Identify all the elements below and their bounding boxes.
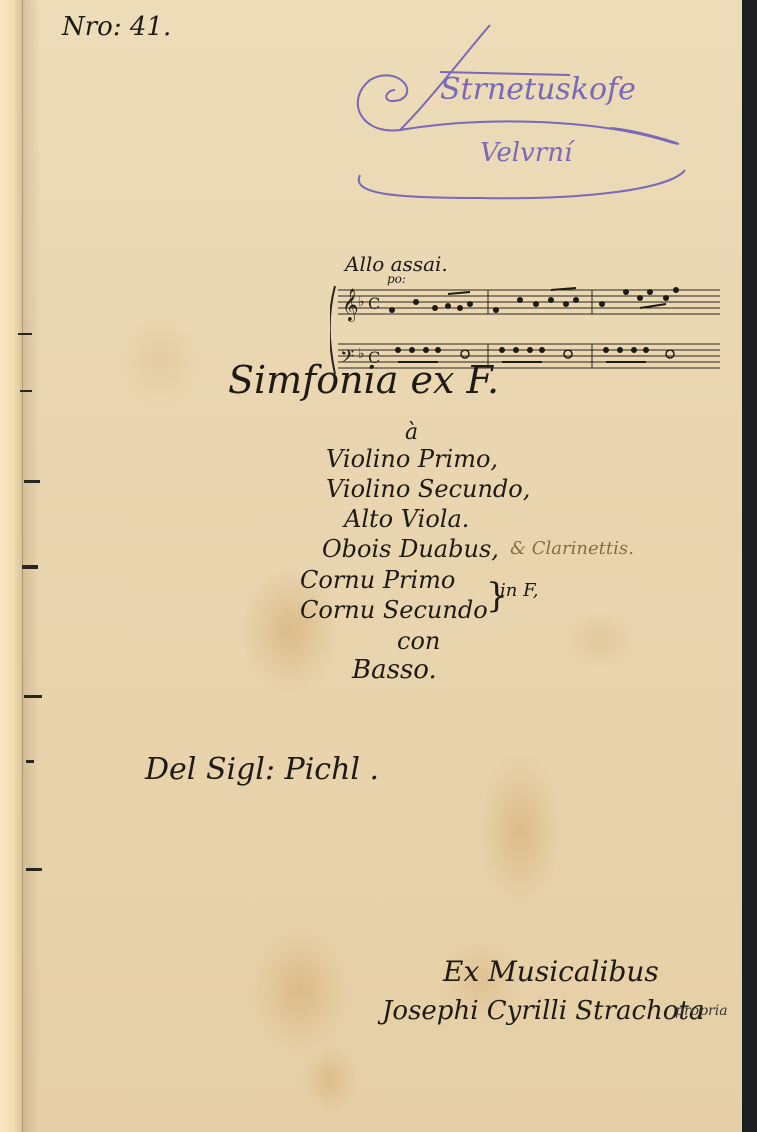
instrument-viola: Alto Viola.: [344, 505, 469, 533]
instrument-horn-2: Cornu Secundo: [300, 596, 488, 624]
svg-text:C: C: [368, 294, 380, 313]
spine-tear: [22, 565, 38, 569]
spine-tear: [26, 760, 34, 763]
binding-spine: [0, 0, 23, 1132]
catalog-number: Nro: 41.: [62, 12, 171, 42]
scoring-preposition: à: [405, 420, 418, 445]
stamp-line-2: Velvrní: [480, 138, 572, 168]
instrument-bass: Basso.: [352, 655, 437, 685]
instrument-horn-1: Cornu Primo: [300, 566, 455, 594]
provenance-line-2: Josephi Cyrilli Strachota: [382, 996, 704, 1026]
svg-text:♭: ♭: [358, 294, 365, 310]
provenance-suffix: propria: [675, 1003, 728, 1019]
spine-tear: [20, 390, 32, 392]
manuscript-page: Nro: 41. Strnetuskofe Velvrní Allo assai…: [0, 0, 742, 1132]
svg-text:𝄞: 𝄞: [342, 288, 359, 322]
instrument-oboes: Obois Duabus,: [322, 535, 499, 563]
spine-tear: [26, 868, 42, 871]
con-label: con: [397, 627, 440, 655]
scan-background-edge: [742, 0, 757, 1132]
horn-key: in F,: [500, 580, 538, 601]
work-title: Simfonia ex F.: [228, 358, 499, 402]
spine-tear: [18, 333, 32, 335]
instrument-violin-2: Violino Secundo,: [326, 475, 530, 503]
composer-attribution: Del Sigl: Pichl .: [145, 752, 379, 787]
spine-tear: [24, 695, 42, 698]
spine-tear: [24, 480, 40, 483]
stamp-line-1: Strnetuskofe: [440, 72, 636, 107]
provenance-line-1: Ex Musicalibus: [443, 955, 659, 988]
clarinet-addition: & Clarinettis.: [510, 538, 634, 559]
instrument-violin-1: Violino Primo,: [326, 445, 498, 473]
stamp-flourish-icon: [340, 20, 720, 210]
ownership-stamp: Strnetuskofe Velvrní: [340, 20, 720, 210]
